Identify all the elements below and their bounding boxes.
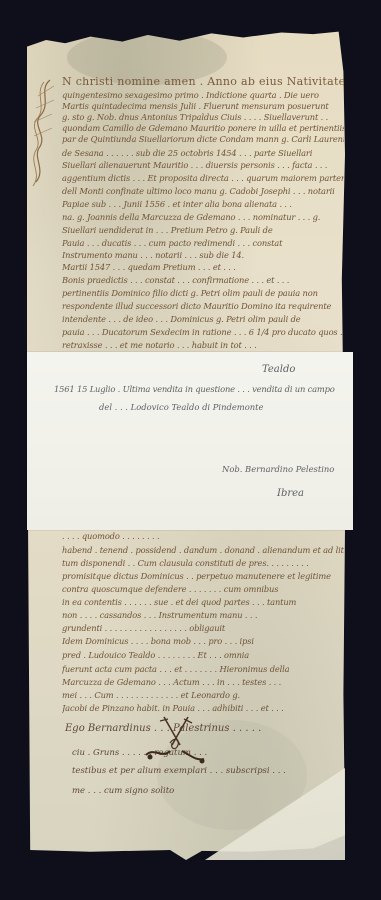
slip-signature-1: Nob. Bernardino Pelestino <box>222 464 334 474</box>
decorative-initial-flourish-icon <box>30 78 56 188</box>
text-line: pred . Ludouico Tealdo . . . . . . . . E… <box>62 650 344 660</box>
notary-line-4: me . . . cum signo solito <box>72 786 174 796</box>
dark-background: N christi nomine amen . Anno ab eius Nat… <box>0 0 381 900</box>
text-line: Siuellari alienauerunt Mauritio . . . di… <box>62 160 344 170</box>
text-line: na. g. Joannis della Marcuzza de Gdemano… <box>62 212 344 222</box>
text-line: non . . . . cassandos . . . Instrumentum… <box>62 610 344 620</box>
text-line: pauia . . . Ducatorum Sexdecim in ration… <box>62 327 344 337</box>
text-line: Martii 1547 . . . quedam Pretium . . . e… <box>62 262 344 272</box>
notary-sign-mark-icon <box>140 715 210 775</box>
text-line: in ea contentis . . . . . . sue . et dei… <box>62 597 344 607</box>
text-line: grundenti . . . . . . . . . . . . . . . … <box>62 623 344 633</box>
text-line: Jacobi de Pinzano habit. in Pauia . . . … <box>62 703 344 713</box>
text-line: g. sto g. Nob. dnus Antonius Tripaldus C… <box>62 112 344 122</box>
text-line: contra quoscumque defendere . . . . . . … <box>62 584 344 594</box>
text-line: aggentium dictis . . . Et proposita dire… <box>62 173 344 183</box>
text-line: quingentesimo sexagesimo primo . Indicti… <box>62 90 344 100</box>
text-line: N christi nomine amen . Anno ab eius Nat… <box>62 77 344 87</box>
text-line: intendente . . . de ideo . . . Dominicus… <box>62 314 344 324</box>
text-line: mei . . . Cum . . . . . . . . . . . . . … <box>62 690 344 700</box>
text-line: par de Quintiunda Siuellariorum dicte Co… <box>62 134 344 144</box>
text-line: Marcuzza de Gdemano . . . Actum . . . in… <box>62 677 344 687</box>
slip-line-1: 1561 15 Luglio . Ultima vendita in quest… <box>54 384 335 394</box>
text-line: fuerunt acta cum pacta . . . et . . . . … <box>62 664 344 674</box>
text-line: dell Monti confinate ultimo loco manu g.… <box>62 186 344 196</box>
text-line: respondente illud successori dicto Mauri… <box>62 301 344 311</box>
text-line: Bonis praedictis . . . constat . . . con… <box>62 275 344 285</box>
archival-paper-slip: Tealdo 1561 15 Luglio . Ultima vendita i… <box>27 352 353 530</box>
text-line: tum disponendi . . Cum clausula constitu… <box>62 558 344 568</box>
slip-note-tealdo: Tealdo <box>262 364 295 375</box>
text-line: promisitque dictus Dominicus . . perpetu… <box>62 571 344 581</box>
text-line: Idem Dominicus . . . . bona mob . . . pr… <box>62 636 344 646</box>
text-line: Papiae sub . . . Junii 1556 . et inter a… <box>62 199 344 209</box>
text-line: Martis quintadecima mensis Julii . Fluer… <box>62 101 344 111</box>
text-line: Siuellari uendiderat in . . . Pretium Pe… <box>62 225 344 235</box>
text-line: Pauia . . . ducatis . . . cum pacto redi… <box>62 238 344 248</box>
text-line: retraxisse . . . et me notario . . . hab… <box>62 340 344 350</box>
text-line: Instrumento manu . . . notarii . . . sub… <box>62 250 344 260</box>
text-line: quondam Camillo de Gdemano Mauritio pone… <box>62 123 344 133</box>
text-line: de Sesana . . . . . . sub die 25 octobri… <box>62 148 344 158</box>
text-line: . . . . quomodo . . . . . . . . <box>62 531 344 541</box>
slip-line-2: del . . . Lodovico Tealdo di Pindemonte <box>99 402 264 412</box>
slip-signature-2: Ibrea <box>277 488 304 499</box>
text-line: habend . tenend . possidend . dandum . d… <box>62 545 344 555</box>
text-line: pertinentiis Dominico filio dicti g. Pet… <box>62 288 344 298</box>
